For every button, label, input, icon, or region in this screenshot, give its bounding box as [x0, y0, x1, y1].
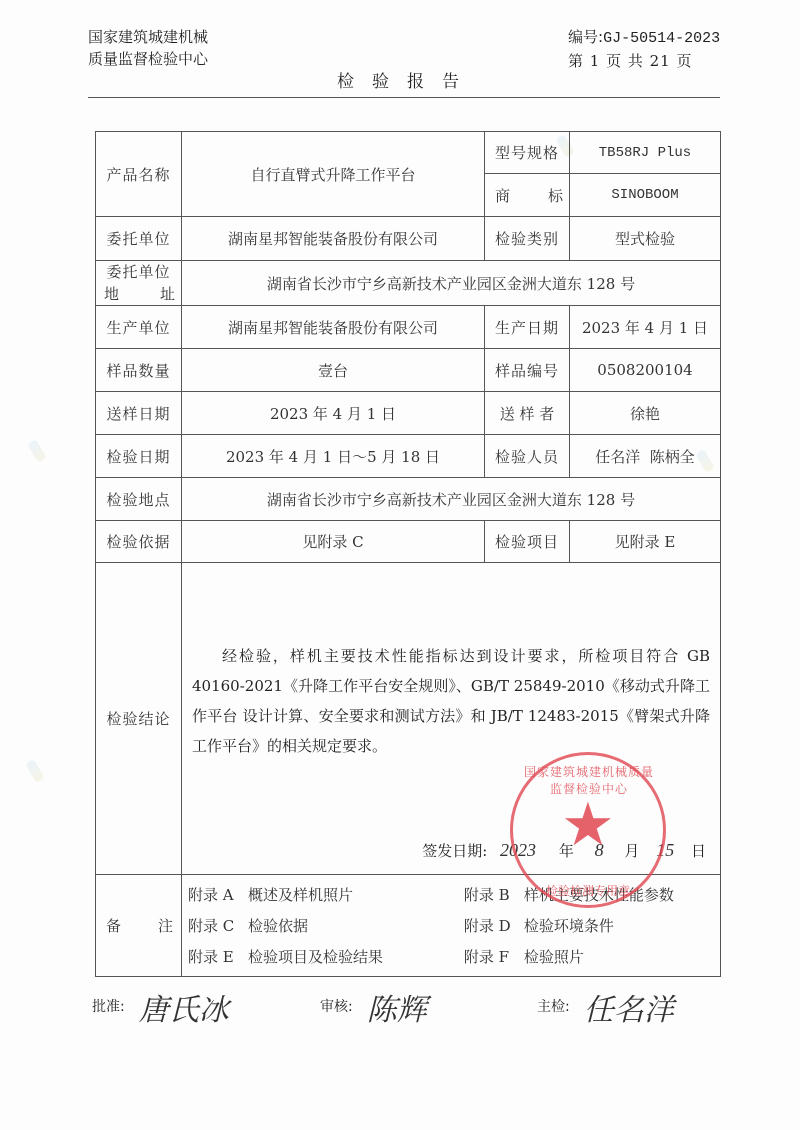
location-label: 检验地点: [96, 478, 182, 521]
note-item: 附录 C检验依据: [182, 915, 464, 936]
report-meta: 编号:GJ-50514-2023 第 1 页 共 21 页: [568, 26, 720, 72]
note-key: 附录 B: [464, 884, 524, 905]
report-no-label: 编号:: [568, 28, 603, 46]
conclusion-text: 经检验，样机主要技术性能指标达到设计要求，所检项目符合 GB 40160-202…: [192, 641, 710, 761]
note-value: 检验项目及检验结果: [248, 946, 383, 967]
chief-signature: 任名洋: [584, 994, 674, 1027]
table-row: 备注 附录 A概述及样机照片 附录 B样机主要技术性能参数 附录 C检验依据 附…: [96, 875, 721, 977]
note-item: 附录 B样机主要技术性能参数: [464, 884, 720, 905]
table-row: 生产单位 湖南星邦智能装备股份有限公司 生产日期 2023 年 4 月 1 日: [96, 306, 721, 349]
issue-date-label: 签发日期:: [422, 842, 487, 860]
trademark-label-char: 商: [495, 185, 510, 206]
table-row: 检验结论 经检验，样机主要技术性能指标达到设计要求，所检项目符合 GB 4016…: [96, 563, 721, 875]
issue-date: 签发日期: 2023 年 8 月 15 日: [422, 840, 706, 861]
trademark-label: 商标: [485, 174, 570, 217]
chief-inspector-signature: 主检:任名洋: [537, 985, 674, 1029]
table-row: 样品数量 壹台 样品编号 0508200104: [96, 349, 721, 392]
issue-day: 15: [656, 840, 674, 860]
table-row: 委托单位 地址 湖南省长沙市宁乡高新技术产业园区金洲大道东 128 号: [96, 261, 721, 306]
note-item: 附录 E检验项目及检验结果: [182, 946, 464, 967]
inspectors-label: 检验人员: [485, 435, 570, 478]
notes-list: 附录 A概述及样机照片 附录 B样机主要技术性能参数 附录 C检验依据 附录 D…: [182, 875, 721, 977]
items-value: 见附录 E: [570, 521, 721, 563]
sample-no-label: 样品编号: [485, 349, 570, 392]
client-address-label-char: 地: [104, 283, 119, 305]
note-value: 检验环境条件: [524, 915, 614, 936]
sender-label: 送 样 者: [485, 392, 570, 435]
trademark-value: SINOBOOM: [570, 174, 721, 217]
page-title: 检验报告: [0, 71, 800, 93]
note-key: 附录 F: [464, 946, 524, 967]
approve-signature: 唐氏冰: [139, 994, 229, 1027]
issue-month: 8: [595, 840, 604, 860]
sample-qty-label: 样品数量: [96, 349, 182, 392]
table-row: 产品名称 自行直臂式升降工作平台 型号规格 TB58RJ Plus: [96, 132, 721, 174]
report-table: 产品名称 自行直臂式升降工作平台 型号规格 TB58RJ Plus 商标 SIN…: [95, 131, 721, 977]
sender-value: 徐艳: [570, 392, 721, 435]
manufacturer-value: 湖南星邦智能装备股份有限公司: [182, 306, 485, 349]
note-row: 附录 C检验依据 附录 D检验环境条件: [182, 910, 720, 941]
basis-value: 见附录 C: [182, 521, 485, 563]
items-label: 检验项目: [485, 521, 570, 563]
note-item: 附录 F检验照片: [464, 946, 720, 967]
review-signature: 陈辉: [367, 994, 427, 1027]
note-value: 样机主要技术性能参数: [524, 884, 674, 905]
table-row: 检验日期 2023 年 4 月 1 日～5 月 18 日 检验人员 任名洋 陈柄…: [96, 435, 721, 478]
approver-signature: 批准:唐氏冰: [92, 985, 229, 1029]
client-value: 湖南星邦智能装备股份有限公司: [182, 217, 485, 261]
issue-year-unit: 年: [559, 842, 574, 860]
sample-qty-value: 壹台: [182, 349, 485, 392]
product-name-label: 产品名称: [96, 132, 182, 217]
inspection-date-value: 2023 年 4 月 1 日～5 月 18 日: [182, 435, 485, 478]
note-key: 附录 D: [464, 915, 524, 936]
note-value: 检验依据: [248, 915, 308, 936]
note-row: 附录 E检验项目及检验结果 附录 F检验照片: [182, 941, 720, 972]
org-line-2: 质量监督检验中心: [88, 48, 208, 70]
note-value: 概述及样机照片: [248, 884, 353, 905]
delivery-date-value: 2023 年 4 月 1 日: [182, 392, 485, 435]
issue-year: 2023: [500, 840, 536, 860]
report-no: GJ-50514-2023: [603, 30, 720, 47]
note-value: 检验照片: [524, 946, 584, 967]
client-address-label-char: 址: [160, 283, 175, 305]
note-item: 附录 A概述及样机照片: [182, 884, 464, 905]
table-row: 检验依据 见附录 C 检验项目 见附录 E: [96, 521, 721, 563]
header-divider: [88, 97, 720, 98]
note-row: 附录 A概述及样机照片 附录 B样机主要技术性能参数: [182, 879, 720, 910]
delivery-date-label: 送样日期: [96, 392, 182, 435]
watermark-icon: [25, 759, 45, 783]
conclusion-cell: 经检验，样机主要技术性能指标达到设计要求，所检项目符合 GB 40160-202…: [182, 563, 721, 875]
issuing-organization: 国家建筑城建机械 质量监督检验中心: [88, 26, 208, 70]
reviewer-signature: 审核:陈辉: [320, 985, 427, 1029]
product-name: 自行直臂式升降工作平台: [182, 132, 485, 217]
note-key: 附录 E: [188, 946, 248, 967]
client-address-label: 委托单位 地址: [96, 261, 182, 306]
review-label: 审核:: [320, 999, 353, 1015]
client-address-label-line1: 委托单位: [96, 261, 181, 283]
notes-label: 备注: [96, 875, 182, 977]
issue-day-unit: 日: [691, 842, 706, 860]
note-key: 附录 C: [188, 915, 248, 936]
production-date-value: 2023 年 4 月 1 日: [570, 306, 721, 349]
manufacturer-label: 生产单位: [96, 306, 182, 349]
inspection-type-label: 检验类别: [485, 217, 570, 261]
model-value: TB58RJ Plus: [570, 132, 721, 174]
notes-label-char: 注: [158, 915, 173, 936]
trademark-label-char: 标: [548, 185, 563, 206]
client-address-value: 湖南省长沙市宁乡高新技术产业园区金洲大道东 128 号: [182, 261, 721, 306]
location-value: 湖南省长沙市宁乡高新技术产业园区金洲大道东 128 号: [182, 478, 721, 521]
conclusion-label: 检验结论: [96, 563, 182, 875]
basis-label: 检验依据: [96, 521, 182, 563]
watermark-icon: [27, 439, 47, 463]
inspectors-value: 任名洋 陈柄全: [570, 435, 721, 478]
org-line-1: 国家建筑城建机械: [88, 26, 208, 48]
notes-label-char: 备: [106, 915, 121, 936]
sample-no-value: 0508200104: [570, 349, 721, 392]
table-row: 委托单位 湖南星邦智能装备股份有限公司 检验类别 型式检验: [96, 217, 721, 261]
table-row: 送样日期 2023 年 4 月 1 日 送 样 者 徐艳: [96, 392, 721, 435]
issue-month-unit: 月: [624, 842, 639, 860]
table-row: 检验地点 湖南省长沙市宁乡高新技术产业园区金洲大道东 128 号: [96, 478, 721, 521]
chief-label: 主检:: [537, 999, 570, 1015]
approve-label: 批准:: [92, 999, 125, 1015]
inspection-type-value: 型式检验: [570, 217, 721, 261]
inspection-date-label: 检验日期: [96, 435, 182, 478]
model-label: 型号规格: [485, 132, 570, 174]
page-info: 第 1 页 共 21 页: [568, 50, 720, 72]
client-label: 委托单位: [96, 217, 182, 261]
production-date-label: 生产日期: [485, 306, 570, 349]
note-item: 附录 D检验环境条件: [464, 915, 720, 936]
note-key: 附录 A: [188, 884, 248, 905]
